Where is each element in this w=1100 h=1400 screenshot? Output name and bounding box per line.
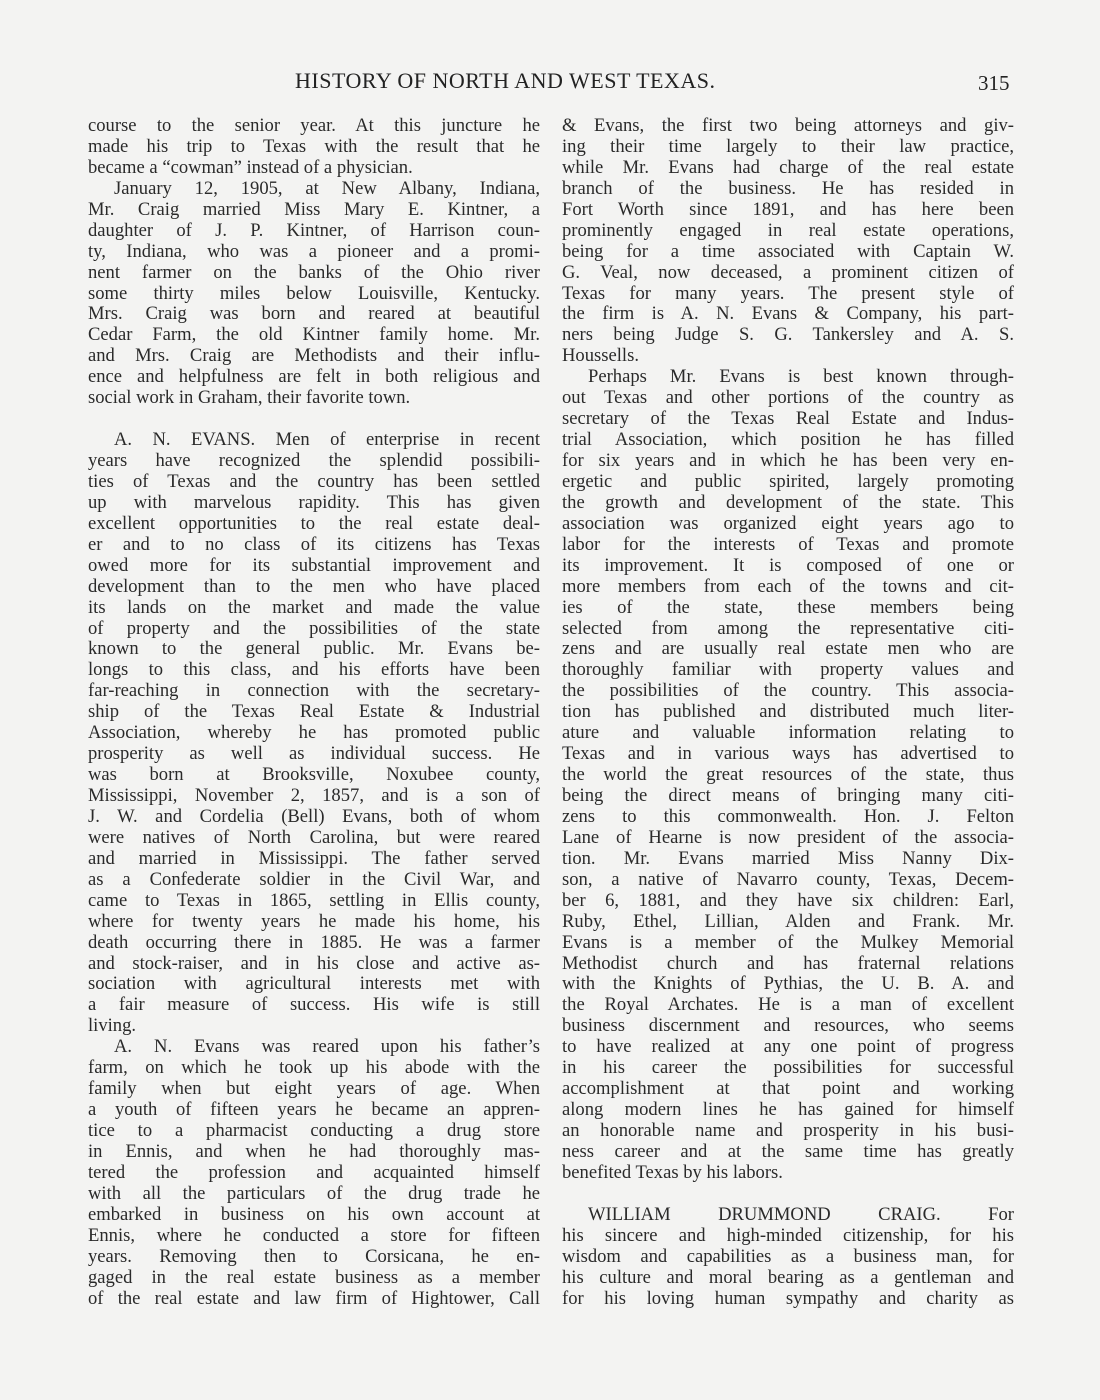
text-line: was born at Brooksville, Noxubee county, <box>88 765 540 786</box>
text-line: & Evans, the first two being attorneys a… <box>562 116 1014 137</box>
text-line: prosperity as well as individual success… <box>88 744 540 765</box>
text-line: ber 6, 1881, and they have six children:… <box>562 891 1014 912</box>
text-line: trial Association, which position he has… <box>562 430 1014 451</box>
text-line: gaged in the real estate business as a m… <box>88 1268 540 1289</box>
text-line: the Royal Archates. He is a man of excel… <box>562 995 1014 1016</box>
text-line: became a “cowman” instead of a physician… <box>88 158 540 179</box>
text-line: where for twenty years he made his home,… <box>88 912 540 933</box>
text-line: tion has published and distributed much … <box>562 702 1014 723</box>
text-line: ies of the state, these members being <box>562 598 1014 619</box>
text-line: for six years and in which he has been v… <box>562 451 1014 472</box>
text-line: made his trip to Texas with the result t… <box>88 137 540 158</box>
text-line: nent farmer on the banks of the Ohio riv… <box>88 263 540 284</box>
text-line: Cedar Farm, the old Kintner family home.… <box>88 325 540 346</box>
text-line: ence and helpfulness are felt in both re… <box>88 367 540 388</box>
right-column: & Evans, the first two being attorneys a… <box>562 116 1014 1309</box>
text-line: the world the great resources of the sta… <box>562 765 1014 786</box>
page-header: HISTORY OF NORTH AND WEST TEXAS. 315 <box>0 68 1100 98</box>
text-line: tion. Mr. Evans married Miss Nanny Dix- <box>562 849 1014 870</box>
text-line: were natives of North Carolina, but were… <box>88 828 540 849</box>
text-line: years have recognized the splendid possi… <box>88 451 540 472</box>
text-line: ing their time largely to their law prac… <box>562 137 1014 158</box>
text-line: zens and are usually real estate men who… <box>562 639 1014 660</box>
text-line: owed more for its substantial improvemen… <box>88 556 540 577</box>
text-line: a youth of fifteen years he became an ap… <box>88 1100 540 1121</box>
text-line: ties of Texas and the country has been s… <box>88 472 540 493</box>
text-line: an honorable name and prosperity in his … <box>562 1121 1014 1142</box>
text-line: and Mrs. Craig are Methodists and their … <box>88 346 540 367</box>
text-line: Methodist church and has fraternal relat… <box>562 954 1014 975</box>
text-line: zens to this commonwealth. Hon. J. Felto… <box>562 807 1014 828</box>
text-line: daughter of J. P. Kintner, of Harrison c… <box>88 221 540 242</box>
text-line: farm, on which he took up his abode with… <box>88 1058 540 1079</box>
text-line: of the real estate and law firm of Hight… <box>88 1289 540 1310</box>
text-line: Ruby, Ethel, Lillian, Alden and Frank. M… <box>562 912 1014 933</box>
text-line: Fort Worth since 1891, and has here been <box>562 200 1014 221</box>
text-line: being for a time associated with Captain… <box>562 242 1014 263</box>
text-line: embarked in business on his own account … <box>88 1205 540 1226</box>
text-line: Ennis, where he conducted a store for fi… <box>88 1226 540 1247</box>
paragraph-spacer <box>562 1184 1014 1205</box>
text-line: up with marvelous rapidity. This has giv… <box>88 493 540 514</box>
text-line: A. N. EVANS. Men of enterprise in recent <box>88 430 540 451</box>
text-line: excellent opportunities to the real esta… <box>88 514 540 535</box>
text-line: secretary of the Texas Real Estate and I… <box>562 409 1014 430</box>
text-line: A. N. Evans was reared upon his father’s <box>88 1037 540 1058</box>
page-number: 315 <box>978 71 1010 96</box>
text-line: G. Veal, now deceased, a prominent citiz… <box>562 263 1014 284</box>
text-line: benefited Texas by his labors. <box>562 1163 1014 1184</box>
text-line: to have realized at any one point of pro… <box>562 1037 1014 1058</box>
text-line: death occurring there in 1885. He was a … <box>88 933 540 954</box>
text-line: Mrs. Craig was born and reared at beauti… <box>88 304 540 325</box>
text-line: Lane of Hearne is now president of the a… <box>562 828 1014 849</box>
text-line: for his loving human sympathy and charit… <box>562 1289 1014 1310</box>
text-line: years. Removing then to Corsicana, he en… <box>88 1247 540 1268</box>
text-line: his sincere and high-minded citizenship,… <box>562 1226 1014 1247</box>
text-line: Mr. Craig married Miss Mary E. Kintner, … <box>88 200 540 221</box>
text-line: Perhaps Mr. Evans is best known through- <box>562 367 1014 388</box>
text-line: Mississippi, November 2, 1857, and is a … <box>88 786 540 807</box>
text-line: wisdom and capabilities as a business ma… <box>562 1247 1014 1268</box>
text-line: ship of the Texas Real Estate & Industri… <box>88 702 540 723</box>
text-line: development than to the men who have pla… <box>88 577 540 598</box>
text-line: son, a native of Navarro county, Texas, … <box>562 870 1014 891</box>
text-line: out Texas and other portions of the coun… <box>562 388 1014 409</box>
text-line: far-reaching in connection with the secr… <box>88 681 540 702</box>
text-line: selected from among the representative c… <box>562 619 1014 640</box>
text-line: prominently engaged in real estate opera… <box>562 221 1014 242</box>
text-line: the growth and development of the state.… <box>562 493 1014 514</box>
text-line: WILLIAM DRUMMOND CRAIG. For <box>562 1205 1014 1226</box>
text-line: Texas for many years. The present style … <box>562 284 1014 305</box>
text-line: ty, Indiana, who was a pioneer and a pro… <box>88 242 540 263</box>
paragraph-spacer <box>88 409 540 430</box>
text-line: in his career the possibilities for succ… <box>562 1058 1014 1079</box>
text-line: Association, whereby he has promoted pub… <box>88 723 540 744</box>
text-line: its improvement. It is composed of one o… <box>562 556 1014 577</box>
text-line: being the direct means of bringing many … <box>562 786 1014 807</box>
text-line: Texas and in various ways has advertised… <box>562 744 1014 765</box>
text-line: January 12, 1905, at New Albany, Indiana… <box>88 179 540 200</box>
text-line: ners being Judge S. G. Tankersley and A.… <box>562 325 1014 346</box>
text-line: association was organized eight years ag… <box>562 514 1014 535</box>
text-line: business discernment and resources, who … <box>562 1016 1014 1037</box>
text-line: along modern lines he has gained for him… <box>562 1100 1014 1121</box>
text-line: er and to no class of its citizens has T… <box>88 535 540 556</box>
text-line: family when but eight years of age. When <box>88 1079 540 1100</box>
left-column: course to the senior year. At this junct… <box>88 116 540 1309</box>
text-line: known to the general public. Mr. Evans b… <box>88 639 540 660</box>
text-line: the firm is A. N. Evans & Company, his p… <box>562 304 1014 325</box>
text-line: of property and the possibilities of the… <box>88 619 540 640</box>
text-line: J. W. and Cordelia (Bell) Evans, both of… <box>88 807 540 828</box>
text-line: Houssells. <box>562 346 1014 367</box>
text-line: with the Knights of Pythias, the U. B. A… <box>562 974 1014 995</box>
text-line: some thirty miles below Louisville, Kent… <box>88 284 540 305</box>
text-line: its lands on the market and made the val… <box>88 598 540 619</box>
text-line: with all the particulars of the drug tra… <box>88 1184 540 1205</box>
text-line: a fair measure of success. His wife is s… <box>88 995 540 1016</box>
text-line: labor for the interests of Texas and pro… <box>562 535 1014 556</box>
text-line: came to Texas in 1865, settling in Ellis… <box>88 891 540 912</box>
text-line: in Ennis, and when he had thoroughly mas… <box>88 1142 540 1163</box>
text-line: ature and valuable information relating … <box>562 723 1014 744</box>
text-line: course to the senior year. At this junct… <box>88 116 540 137</box>
text-line: accomplishment at that point and working <box>562 1079 1014 1100</box>
text-line: Evans is a member of the Mulkey Memorial <box>562 933 1014 954</box>
text-line: branch of the business. He has resided i… <box>562 179 1014 200</box>
running-title: HISTORY OF NORTH AND WEST TEXAS. <box>295 68 716 94</box>
text-line: tered the profession and acquainted hims… <box>88 1163 540 1184</box>
text-line: and married in Mississippi. The father s… <box>88 849 540 870</box>
text-line: longs to this class, and his efforts hav… <box>88 660 540 681</box>
text-line: living. <box>88 1016 540 1037</box>
text-line: thoroughly familiar with property values… <box>562 660 1014 681</box>
text-line: and stock-raiser, and in his close and a… <box>88 954 540 975</box>
text-line: ergetic and public spirited, largely pro… <box>562 472 1014 493</box>
text-line: sociation with agricultural interests me… <box>88 974 540 995</box>
text-line: as a Confederate soldier in the Civil Wa… <box>88 870 540 891</box>
text-line: ness career and at the same time has gre… <box>562 1142 1014 1163</box>
text-line: more members from each of the towns and … <box>562 577 1014 598</box>
text-line: the possibilities of the country. This a… <box>562 681 1014 702</box>
text-line: his culture and moral bearing as a gentl… <box>562 1268 1014 1289</box>
text-line: social work in Graham, their favorite to… <box>88 388 540 409</box>
text-line: tice to a pharmacist conducting a drug s… <box>88 1121 540 1142</box>
text-line: while Mr. Evans had charge of the real e… <box>562 158 1014 179</box>
